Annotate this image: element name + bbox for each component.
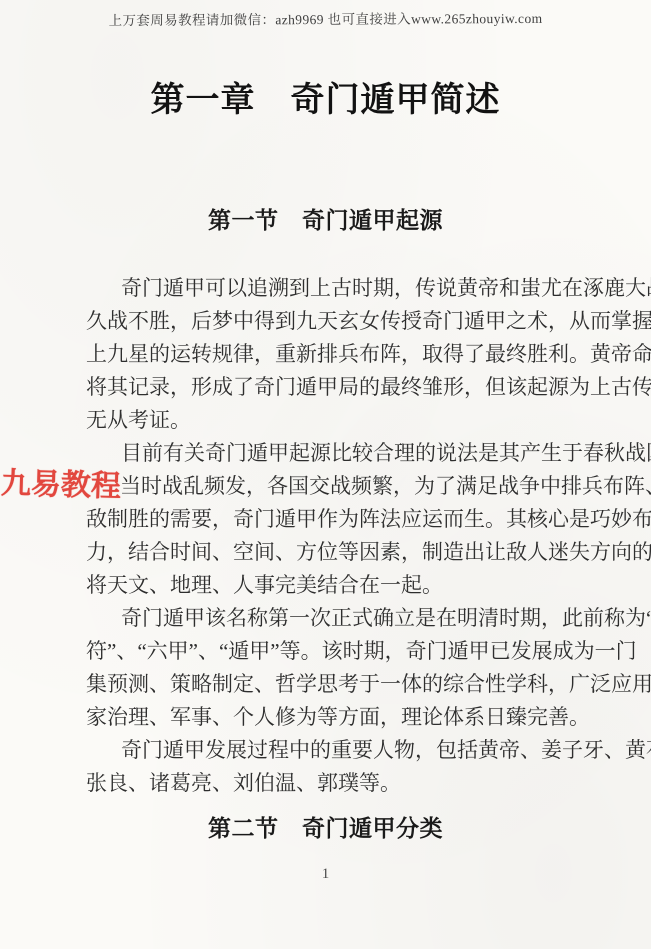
paragraph-line: 集预测、策略制定、哲学思考于一体的综合性学科，广泛应用在国: [86, 668, 578, 701]
body-text: 奇门遁甲可以追溯到上古时期，传说黄帝和蚩尤在涿鹿大战， 久战不胜，后梦中得到九天…: [86, 272, 578, 800]
paragraph-line: 力，结合时间、空间、方位等因素，制造出让敌人迷失方向的效果，: [86, 536, 578, 569]
paragraph-line: 目前有关奇门遁甲起源比较合理的说法是其产生于春秋战国时: [86, 437, 578, 470]
paragraph-line: 张良、诸葛亮、刘伯温、郭璞等。: [86, 767, 578, 800]
paragraph-line: 久战不胜，后梦中得到九天玄女传授奇门遁甲之术，从而掌握了天: [86, 305, 578, 338]
paragraph-line: 将天文、地理、人事完美结合在一起。: [86, 569, 578, 602]
document-page: 上万套周易教程请加微信：azh9969 也可直接进入www.265zhouyiw…: [0, 0, 651, 949]
watermark-text: 九易教程: [0, 458, 121, 505]
page-number: 1: [0, 866, 651, 883]
paragraph-line: 当时战乱频发，各国交战频繁，为了满足战争中排兵布阵、克: [86, 470, 578, 503]
paragraph-line: 奇门遁甲发展过程中的重要人物，包括黄帝、姜子牙、黄石公、: [86, 734, 578, 767]
paragraph-line: 家治理、军事、个人修为等方面，理论体系日臻完善。: [86, 701, 578, 734]
section-1-title: 第一节 奇门遁甲起源: [0, 202, 651, 235]
paragraph-line: 符”、“六甲”、“遁甲”等。该时期，奇门遁甲已发展成为一门: [86, 635, 578, 668]
section-2-title: 第二节 奇门遁甲分类: [0, 810, 651, 843]
chapter-title: 第一章 奇门遁甲简述: [0, 72, 651, 121]
paragraph-line: 上九星的运转规律，重新排兵布阵，取得了最终胜利。黄帝命风后: [86, 338, 578, 371]
paragraph-line: 将其记录，形成了奇门遁甲局的最终雏形，但该起源为上古传说，: [86, 371, 578, 404]
paragraph-line: 奇门遁甲可以追溯到上古时期，传说黄帝和蚩尤在涿鹿大战，: [86, 272, 578, 305]
header-promo-note: 上万套周易教程请加微信：azh9969 也可直接进入www.265zhouyiw…: [0, 6, 651, 29]
paragraph-line: 奇门遁甲该名称第一次正式确立是在明清时期，此前称为“阴: [86, 602, 578, 635]
paragraph-line: 无从考证。: [86, 404, 578, 437]
paragraph-line: 敌制胜的需要，奇门遁甲作为阵法应运而生。其核心是巧妙布置兵: [86, 503, 578, 536]
